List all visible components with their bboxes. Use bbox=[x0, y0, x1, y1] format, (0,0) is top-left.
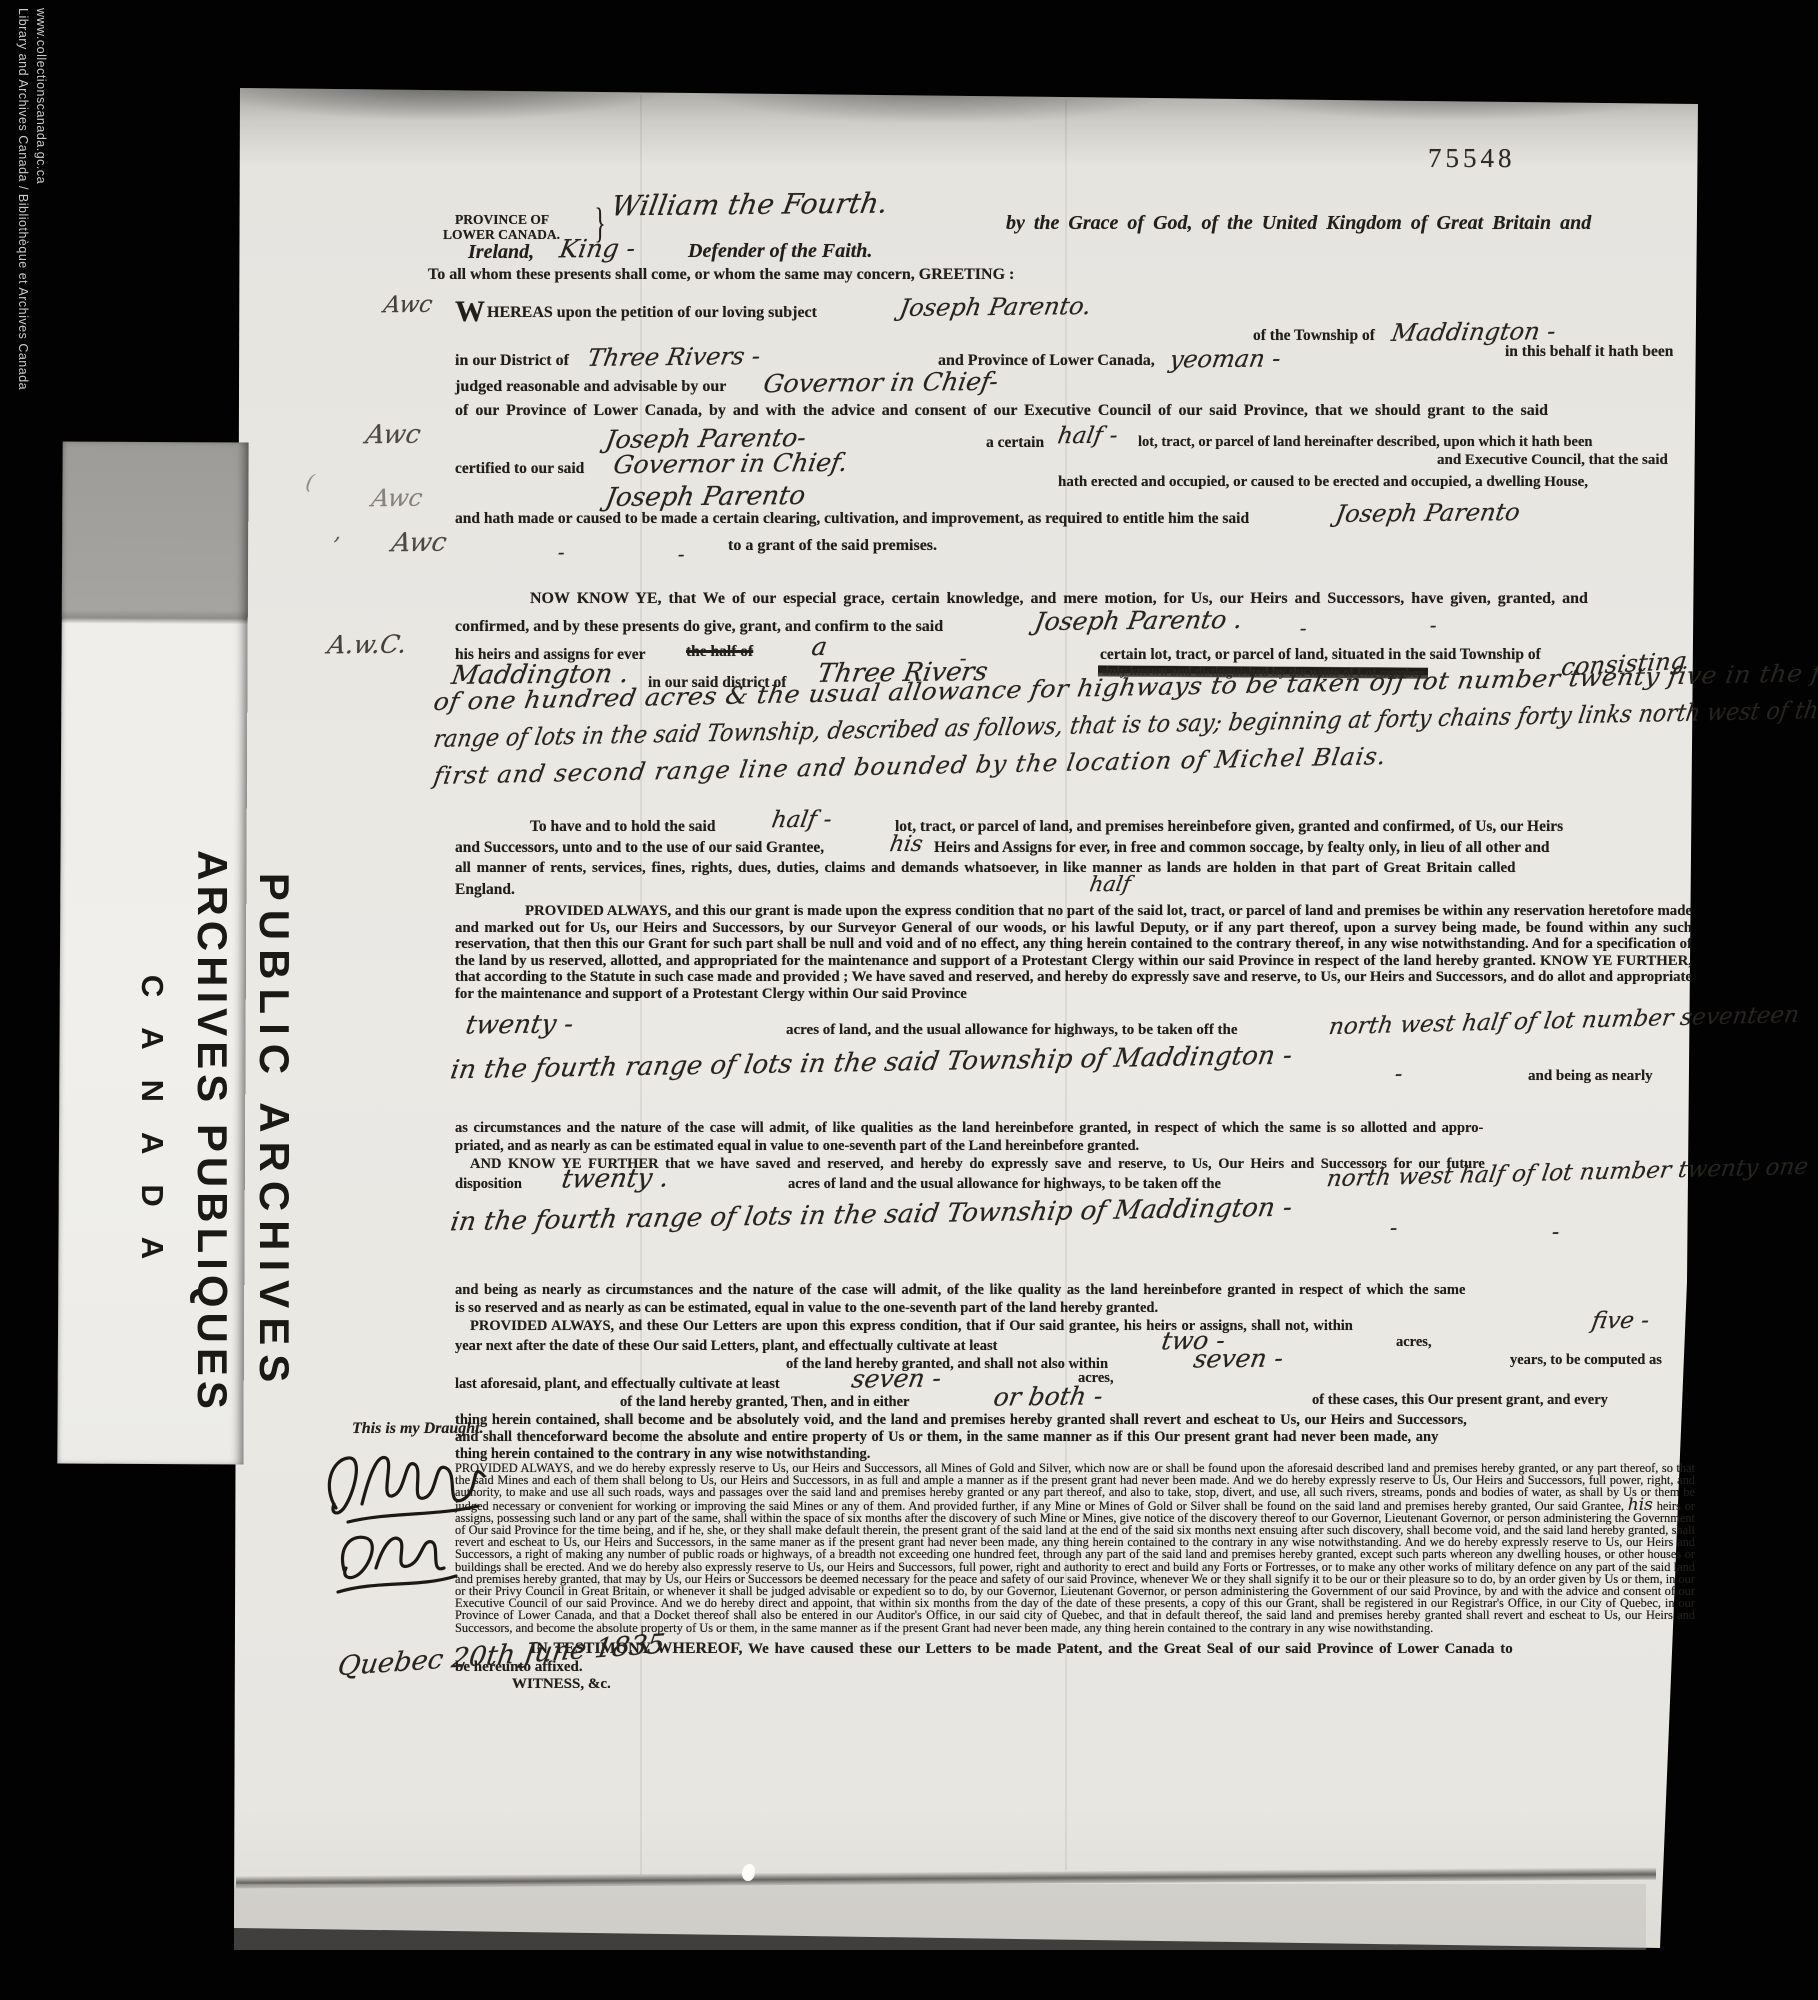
margin-initials-awc-4: Awc bbox=[389, 528, 449, 559]
acres-word-1: acres, bbox=[1396, 1334, 1432, 1351]
provided-always-clergy-paragraph: PROVIDED ALWAYS, and this our grant is m… bbox=[455, 903, 1692, 1002]
film-edge-url-text: www.collectionscanada.gc.ca bbox=[34, 8, 48, 184]
draught-note: This is my Draught. bbox=[352, 1420, 484, 1438]
greeting-line: To all whom these presents shall come, o… bbox=[428, 266, 1014, 284]
circumstances-line2: priated, and as nearly as can be estimat… bbox=[455, 1138, 1139, 1155]
handwritten-district-1: Three Rivers - bbox=[586, 342, 763, 372]
handwritten-grantee-4: Joseph Parento bbox=[1334, 498, 1523, 528]
handwritten-governor-2: Governor in Chief. bbox=[611, 448, 850, 479]
township-of-label: of the Township of bbox=[1253, 327, 1375, 345]
handwritten-seven-2: seven - bbox=[850, 1364, 944, 1394]
these-cases-line: of these cases, this Our present grant, … bbox=[1312, 1392, 1608, 1409]
defender-of-faith: Defender of the Faith. bbox=[688, 240, 872, 263]
being-nearly-line2: and being as nearly as circumstances and… bbox=[455, 1282, 1465, 1299]
signature-flourish bbox=[318, 1442, 518, 1612]
stamp-line-french: ARCHIVES PUBLIQUES bbox=[181, 812, 243, 1452]
being-nearly-line: and being as nearly bbox=[1528, 1068, 1653, 1085]
handwritten-township-1: Maddington - bbox=[1390, 317, 1558, 347]
handwritten-monarch-name: William the Fourth. bbox=[609, 187, 890, 223]
habendum-line2a: and Successors, unto and to the use of o… bbox=[455, 839, 824, 857]
last-aforesaid-line: last aforesaid, plant, and effectually c… bbox=[455, 1376, 780, 1393]
ireland-word: Ireland, bbox=[468, 241, 534, 264]
years-computed-line: years, to be computed as bbox=[1510, 1352, 1662, 1369]
handwritten-half-margin: half bbox=[1088, 872, 1133, 896]
behalf-line: in this behalf it hath been bbox=[1505, 343, 1673, 361]
film-edge-credit-text: Library and Archives Canada / Bibliothèq… bbox=[16, 8, 30, 390]
exec-council-line: and Executive Council, that the said bbox=[1437, 452, 1668, 469]
margin-initials-awc-3: Awc bbox=[370, 484, 425, 513]
handwritten-seven-1: seven - bbox=[1192, 1344, 1286, 1374]
stamp-line-canada: CANADA bbox=[123, 812, 181, 1452]
clearing-line: and hath made or caused to be made a cer… bbox=[455, 510, 1249, 528]
mines-reservation-paragraph: PROVIDED ALWAYS, and we do hereby expres… bbox=[455, 1462, 1695, 1634]
habendum-line1a: To have and to hold the said bbox=[530, 818, 716, 836]
handwritten-twenty-2: twenty . bbox=[559, 1163, 671, 1194]
now-know-ye-line1: NOW KNOW YE, that We of our especial gra… bbox=[530, 590, 1588, 608]
england-word: England. bbox=[455, 881, 515, 899]
judged-line: judged reasonable and advisable by our bbox=[455, 378, 726, 396]
handwritten-grantee-1: Joseph Parento. bbox=[898, 292, 1094, 322]
handwritten-governor-1: Governor in Chief- bbox=[761, 367, 1000, 398]
handwritten-his-1: his bbox=[888, 832, 925, 857]
handwritten-king: King - bbox=[558, 234, 638, 264]
handwritten-twenty-1: twenty - bbox=[463, 1009, 575, 1040]
disposition-label: disposition bbox=[455, 1176, 522, 1193]
handwritten-grantee-5: Joseph Parento . bbox=[1032, 605, 1244, 636]
margin-initials-awc-2: Awc bbox=[363, 420, 423, 451]
now-know-ye-line2: confirmed, and by these presents do give… bbox=[455, 618, 943, 636]
margin-initials-awc-1: Awc bbox=[382, 292, 435, 319]
reserved-line2: is so reserved and as nearly as can be e… bbox=[455, 1300, 1158, 1317]
margin-initials-awc-5: A.w.C. bbox=[326, 630, 410, 660]
a-certain-label: a certain bbox=[986, 434, 1044, 452]
void-line2: and shall thenceforward become the absol… bbox=[455, 1429, 1438, 1446]
acres-taken-line1: acres of land, and the usual allowance f… bbox=[786, 1022, 1238, 1039]
handwritten-yeoman: yeoman - bbox=[1168, 344, 1283, 373]
struck-the-half-of: the half of bbox=[686, 643, 753, 661]
void-line1: thing herein contained, shall become and… bbox=[455, 1412, 1467, 1429]
circumstances-line1: as circumstances and the nature of the c… bbox=[455, 1120, 1483, 1137]
consent-line: of our Province of Lower Canada, by and … bbox=[455, 402, 1548, 420]
certified-label: certified to our said bbox=[455, 460, 584, 478]
whereas-initial: W bbox=[455, 295, 485, 329]
grant-premises-line: to a grant of the said premises. bbox=[728, 537, 937, 555]
either-line: of the land hereby granted, Then, and in… bbox=[620, 1394, 910, 1411]
province-label-line1: PROVINCE OF bbox=[455, 212, 549, 228]
handwritten-five: five - bbox=[1590, 1308, 1651, 1335]
mines-paragraph-part2: heirs or assigns, possessing such land o… bbox=[455, 1499, 1695, 1635]
dwelling-line: hath erected and occupied, or caused to … bbox=[1058, 474, 1588, 491]
land-within-line: of the land hereby granted, and shall no… bbox=[786, 1356, 1108, 1373]
paper-below-fold bbox=[234, 1884, 1646, 1950]
handwritten-half-1: half - bbox=[1056, 423, 1120, 450]
doc-number: 75548 bbox=[1428, 143, 1516, 174]
testimony-rest: We have caused these our Letters to be m… bbox=[748, 1641, 1513, 1657]
year-next-line: year next after the date of these Our sa… bbox=[455, 1338, 997, 1355]
acres-taken-line2: acres of land and the usual allowance fo… bbox=[788, 1176, 1221, 1193]
archival-scan-page: { "film_edge": { "line1": "Library and A… bbox=[0, 0, 1818, 2000]
habendum-line2b: Heirs and Assigns for ever, in free and … bbox=[934, 839, 1550, 857]
district-of-label: in our District of bbox=[455, 352, 569, 370]
public-archives-stamp: PUBLIC ARCHIVES ARCHIVES PUBLIQUES CANAD… bbox=[110, 812, 305, 1452]
whereas-line: HEREAS upon the petition of our loving s… bbox=[487, 304, 817, 322]
handwritten-half-2: half - bbox=[770, 807, 834, 834]
witness-line: WITNESS, &c. bbox=[512, 1676, 611, 1693]
royal-style-line: by the Grace of God, of the United Kingd… bbox=[1006, 212, 1591, 235]
handwritten-grantee-3: Joseph Parento bbox=[603, 481, 807, 513]
habendum-line3: all manner of rents, services, fines, ri… bbox=[455, 860, 1516, 877]
handwritten-or-both: or both - bbox=[991, 1381, 1105, 1411]
stamp-line-english: PUBLIC ARCHIVES bbox=[243, 812, 305, 1452]
mines-paragraph-part1: PROVIDED ALWAYS, and we do hereby expres… bbox=[455, 1461, 1695, 1513]
habendum-line1b: lot, tract, or parcel of land, and premi… bbox=[895, 818, 1563, 836]
lot-tract-line: lot, tract, or parcel of land hereinafte… bbox=[1138, 434, 1592, 451]
testimony-line: IN TESTIMONY WHEREOF, We have caused the… bbox=[530, 1640, 1513, 1658]
